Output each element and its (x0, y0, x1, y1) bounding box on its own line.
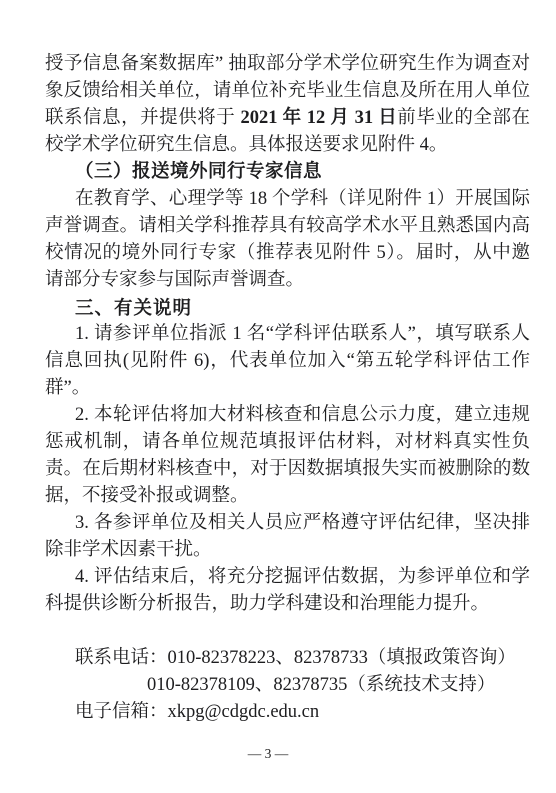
contact-email-line: 电子信箱：xkpg@cdgdc.edu.cn (45, 699, 530, 726)
email-label: 电子信箱： (75, 702, 168, 722)
paragraph-reputation-survey: 在教育学、心理学等 18 个学科（详见附件 1）开展国际声誉调查。请相关学科推荐… (45, 186, 530, 294)
contact-block: 联系电话：010-82378223、82378733（填报政策咨询） 010-8… (45, 645, 530, 726)
heading-notes: 三、有关说明 (45, 294, 530, 321)
contact-phone-line-1: 联系电话：010-82378223、82378733（填报政策咨询） (45, 645, 530, 672)
phone-numbers-1: 010-82378223、82378733（填报政策咨询） (168, 648, 516, 668)
paragraph-graduate-info: 授予信息备案数据库” 抽取部分学术学位研究生作为调查对象反馈给相关单位，请单位补… (45, 51, 530, 159)
document-page: 授予信息备案数据库” 抽取部分学术学位研究生作为调查对象反馈给相关单位，请单位补… (0, 0, 556, 793)
deadline-date: 2021 年 12 月 31 日 (240, 108, 397, 128)
note-item-3: 3. 各参评单位及相关人员应严格遵守评估纪律，坚决排除非学术因素干扰。 (45, 510, 530, 564)
page-number: — 3 — (0, 744, 536, 764)
document-body: 授予信息备案数据库” 抽取部分学术学位研究生作为调查对象反馈给相关单位，请单位补… (45, 51, 530, 726)
contact-phone-line-2: 010-82378109、82378735（系统技术支持） (45, 672, 530, 699)
email-address: xkpg@cdgdc.edu.cn (168, 702, 320, 722)
heading-overseas-experts: （三）报送境外同行专家信息 (45, 159, 530, 186)
note-item-1: 1. 请参评单位指派 1 名“学科评估联系人”，填写联系人信息回执(见附件 6)… (45, 321, 530, 402)
phone-label: 联系电话： (75, 648, 168, 668)
phone-numbers-2: 010-82378109、82378735（系统技术支持） (147, 675, 495, 695)
note-item-2: 2. 本轮评估将加大材料核查和信息公示力度，建立违规惩戒机制，请各单位规范填报评… (45, 402, 530, 510)
note-item-4: 4. 评估结束后，将充分挖掘评估数据，为参评单位和学科提供诊断分析报告，助力学科… (45, 564, 530, 618)
